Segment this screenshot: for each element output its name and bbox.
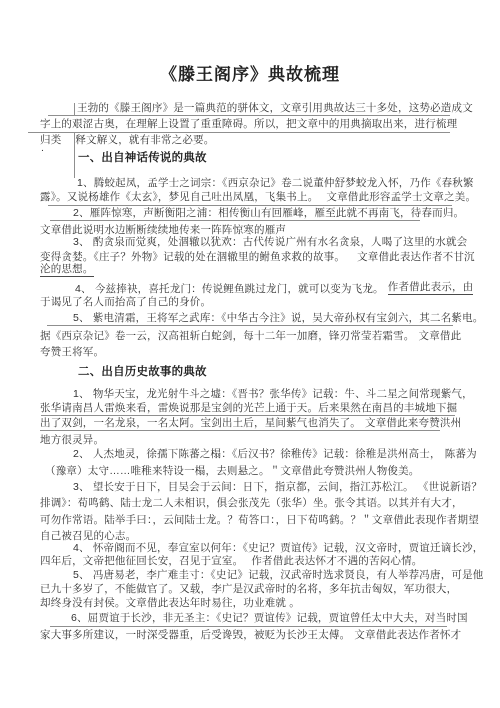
text-line: 5、 冯唐易老，李广难圭寸：《史记》记载，汉武帝时选求贤良，有人举荐冯唐，可是他	[73, 569, 484, 581]
text-segment: 张华请南昌人雷焕来看，雷焕说那是宝剑的光芒上通于天。后来果然在南昌的丰城地下掘	[40, 402, 457, 414]
text-segment: 文章借此	[419, 330, 462, 342]
text-segment: 却终身没有封侯。文章借此表达年时易往，功业难就 。	[40, 597, 300, 609]
text-segment: 作者借此表示，由	[388, 281, 474, 295]
text-line: 已九十多岁了，不能做官了。又载，李广是汉武帝时的名将，多年抗击匈奴，军功很大，	[40, 583, 457, 595]
text-line: 4、 今兹捧袂，喜托龙门：传说鲤鱼跳过龙门，就可以变为飞龙。作者借此表示，由	[75, 281, 453, 295]
text-segment: 文章借此来夸赞洪州	[365, 417, 461, 429]
text-line: 张华请南昌人雷焕来看，雷焕说那是宝剑的光芒上通于天。后来果然在南昌的丰城地下掘	[40, 402, 457, 414]
text-segment: 3、 望长安于日下，目吴会于云间：日下，指京都，云间，指江苏松江。	[73, 481, 414, 493]
text-line: 沦的思想。	[40, 263, 94, 277]
section-heading: 二、出自历史故事的典故	[78, 366, 207, 378]
text-line: 3、 酌贪泉而觉爽，处涸辙以犹欢：古代传说广州有水名贪泉，人喝了这里的水就会	[73, 236, 467, 248]
section-heading: 一、出自神话传说的典故	[78, 152, 207, 164]
text-line: 字上的艰涩古奥，在理解上设置了重重障碍。所以，把文章中的用典摘取出来，进行梳理	[40, 118, 457, 130]
text-segment: 王勃的《滕王阁序》是一篇典范的骈体文，文章引用典故达三十多处，这势必造成文	[77, 102, 473, 114]
text-line: 1、腾蛟起凤，孟学士之词宗：《西京杂记》卷二说董仲舒梦蛟龙入怀，乃作《春秋繁	[77, 177, 474, 189]
text-segment: 3、 酌贪泉而觉爽，处涸辙以犹欢：古代传说广州有水名贪泉，人喝了这里的水就会	[73, 236, 467, 248]
text-line: 可勿作常语。陆举手曰：，云间陆士龙。？荀答口：，日下荀鸣鹤。？＂文章借此表现作者…	[40, 514, 479, 526]
text-line: 1、 物华天宝，龙光射牛斗之墟：《晋书？张华传》记载：牛、斗二星之间常现紫气，	[73, 388, 473, 400]
text-segment: 2、雁阵惊寒，声断衡阳之浦：相传衡山有回雁峰，雁至此就不再南飞，待春而归。	[73, 207, 464, 219]
text-line: 文章借此说明水边断断续续地传来一阵阵惊寒的雁声	[40, 224, 286, 236]
text-line: 地方很灵异。	[40, 434, 104, 446]
horizontal-rule	[40, 430, 440, 431]
text-segment: 1、 物华天宝，龙光射牛斗之墟：《晋书？张华传》记载：牛、斗二星之间常现紫气，	[73, 388, 473, 400]
text-segment: 自己被召见的心志。	[40, 530, 136, 542]
text-segment: 陈蕃为	[445, 448, 477, 460]
text-line: （豫章）太守……唯稚来特设一榻，去则悬之。＂文章借此夸赞洪州人物俊美。	[45, 465, 420, 477]
horizontal-rule	[50, 626, 447, 627]
text-segment: 出了双剑，一名龙泉，一名太阿。宝剑出土后，星间紫气也消失了。	[40, 417, 361, 429]
text-segment: .	[41, 142, 44, 154]
text-segment: 家大事多所建议，一时深受器重，后受谗毁，被贬为长沙王太傅。	[40, 629, 350, 641]
text-segment: 5、 紫电清霜，王将军之武库：《中华古今注》说，吴大帝孙权有宝剑六，其二名紫电。	[73, 312, 484, 324]
text-segment: 排调》：荀鸣鹤、陆士龙二人未相识，俱会张茂先（张华）坐。张令其语。以其并有大才，	[40, 497, 463, 509]
text-line: 2、 人杰地灵，徐孺下陈蕃之榻：《后汉书？徐稚传》记载：徐稚是洪州高士，陈蕃为	[73, 448, 455, 460]
text-segment: 1、腾蛟起凤，孟学士之词宗：《西京杂记》卷二说董仲舒梦蛟龙入怀，乃作《春秋繁	[77, 177, 474, 189]
horizontal-rule	[41, 415, 455, 416]
text-line: 4、 怀帝阍而不见，奉宣室以何年：《史记？贾谊传》记载，汉文帝时，贾谊迁谪长沙，	[73, 542, 484, 554]
text-segment: 沦的思想。	[40, 263, 94, 277]
text-segment: 文章借此表达作者不甘沉	[357, 251, 475, 263]
text-segment: 4、 今兹捧袂，喜托龙门：传说鲤鱼跳过龙门，就可以变为飞龙。	[75, 283, 384, 295]
text-line: 却终身没有封侯。文章借此表达年时易往，功业难就 。	[40, 597, 300, 609]
text-line: 四年后，文帝把他征回长安，召见于宣室。作者借此表达怀才不遇的苦闷心情。	[40, 555, 423, 567]
horizontal-rule	[48, 205, 452, 206]
text-segment: 文章借此形容孟学士文章之美。	[326, 191, 476, 203]
whitespace-gap	[318, 199, 326, 200]
text-segment: 字上的艰涩古奥，在理解上设置了重重障碍。所以，把文章中的用典摘取出来，进行梳理	[40, 118, 457, 130]
vertical-rule	[74, 132, 75, 178]
text-segment: 《世说新语？	[418, 481, 482, 493]
text-line: 变得贪婪。《庄子？外物》记载的处在涸辙里的鲋鱼求救的故事。文章借此表达作者不甘沉	[40, 251, 475, 263]
text-line: 夸赞王将军。	[40, 346, 104, 358]
text-segment: 二、出自历史故事的典故	[78, 366, 207, 378]
text-line: 据《西京杂记》卷一云，汉高祖斩白蛇剑，每十二年一加磨，锋刃常莹若霜雪。文章借此	[40, 330, 452, 342]
text-line: 于谒见了名人而抬高了自己的身价。	[40, 296, 211, 308]
text-line: 归类释文解义，就有非常之必要。	[40, 134, 215, 146]
text-line: 出了双剑，一名龙泉，一名太阿。宝剑出土后，星间紫气也消失了。文章借此来夸赞洪州	[40, 417, 452, 429]
text-segment: 地方很灵异。	[40, 434, 104, 446]
text-segment: （豫章）太守……唯稚来特设一榻，去则悬之。＂文章借此夸赞洪州人物俊美。	[45, 465, 420, 477]
text-line: 5、 紫电清霜，王将军之武库：《中华古今注》说，吴大帝孙权有宝剑六，其二名紫电。	[73, 312, 484, 324]
text-segment: 文章借此表达作者怀才	[354, 629, 461, 641]
text-segment: 作者借此表达怀才不遇的苦闷心情。	[251, 555, 422, 567]
text-line: .	[41, 142, 44, 154]
document-page: 《滕王阁序》典故梳理 王勃的《滕王阁序》是一篇典范的骈体文，文章引用典故达三十多…	[0, 0, 500, 708]
text-segment: 释文解义，就有非常之必要。	[75, 134, 214, 146]
text-segment: 露》。又说杨雄作《太玄》，梦见自己吐出凤凰，飞集书上。	[40, 191, 318, 203]
text-line: 自己被召见的心志。	[40, 530, 136, 542]
text-line: 6、屈贾谊于长沙，非无圣主：《史记？贾谊传》记载，贾谊曾任太中大夫，对当时国	[71, 612, 468, 624]
text-segment: 变得贪婪。《庄子？外物》记载的处在涸辙里的鲋鱼求救的故事。	[40, 251, 345, 263]
text-segment: 2、 人杰地灵，徐孺下陈蕃之榻：《后汉书？徐稚传》记载：徐稚是洪州高士，	[73, 448, 441, 460]
text-segment: 于谒见了名人而抬高了自己的身价。	[40, 296, 211, 308]
text-segment: 一、出自神话传说的典故	[78, 152, 207, 164]
text-line: 家大事多所建议，一时深受器重，后受谗毁，被贬为长沙王太傅。文章借此表达作者怀才	[40, 629, 452, 641]
document-title: 《滕王阁序》典故梳理	[0, 60, 500, 85]
text-line: 2、雁阵惊寒，声断衡阳之浦：相传衡山有回雁峰，雁至此就不再南飞，待春而归。	[73, 207, 464, 219]
horizontal-rule	[48, 115, 450, 116]
text-segment: 夸赞王将军。	[40, 346, 104, 358]
horizontal-rule	[28, 132, 450, 133]
text-segment: 文章借此说明水边断断续续地传来一阵阵惊寒的雁声	[40, 224, 286, 236]
text-segment: 5、 冯唐易老，李广难圭寸：《史记》记载，汉武帝时选求贤良，有人举荐冯唐，可是他	[73, 569, 484, 581]
text-segment: 已九十多岁了，不能做官了。又载，李广是汉武帝时的名将，多年抗击匈奴，军功很大，	[40, 583, 457, 595]
text-segment: 四年后，文帝把他征回长安，召见于宣室。	[40, 555, 243, 567]
whitespace-gap	[345, 259, 357, 260]
text-line: 排调》：荀鸣鹤、陆士龙二人未相识，俱会张茂先（张华）坐。张令其语。以其并有大才，	[40, 497, 463, 509]
text-line: 王勃的《滕王阁序》是一篇典范的骈体文，文章引用典故达三十多处，这势必造成文	[77, 102, 473, 114]
vertical-rule	[74, 103, 75, 115]
horizontal-rule	[47, 325, 453, 326]
horizontal-rule	[50, 220, 420, 221]
text-segment: 据《西京杂记》卷一云，汉高祖斩白蛇剑，每十二年一加磨，锋刃常莹若霜雪。	[40, 330, 415, 342]
text-segment: 6、屈贾谊于长沙，非无圣主：《史记？贾谊传》记载，贾谊曾任太中大夫，对当时国	[71, 612, 468, 624]
text-line: 3、 望长安于日下，目吴会于云间：日下，指京都，云间，指江苏松江。《世说新语？	[73, 481, 455, 493]
whitespace-gap	[243, 563, 251, 564]
text-segment: 可勿作常语。陆举手曰：，云间陆士龙。？荀答口：，日下荀鸣鹤。？＂文章借此表现作者…	[40, 514, 479, 526]
text-segment: 4、 怀帝阍而不见，奉宣室以何年：《史记？贾谊传》记载，汉文帝时，贾谊迁谪长沙，	[73, 542, 484, 554]
text-line: 露》。又说杨雄作《太玄》，梦见自己吐出凤凰，飞集书上。文章借此形容孟学士文章之美…	[40, 191, 476, 203]
